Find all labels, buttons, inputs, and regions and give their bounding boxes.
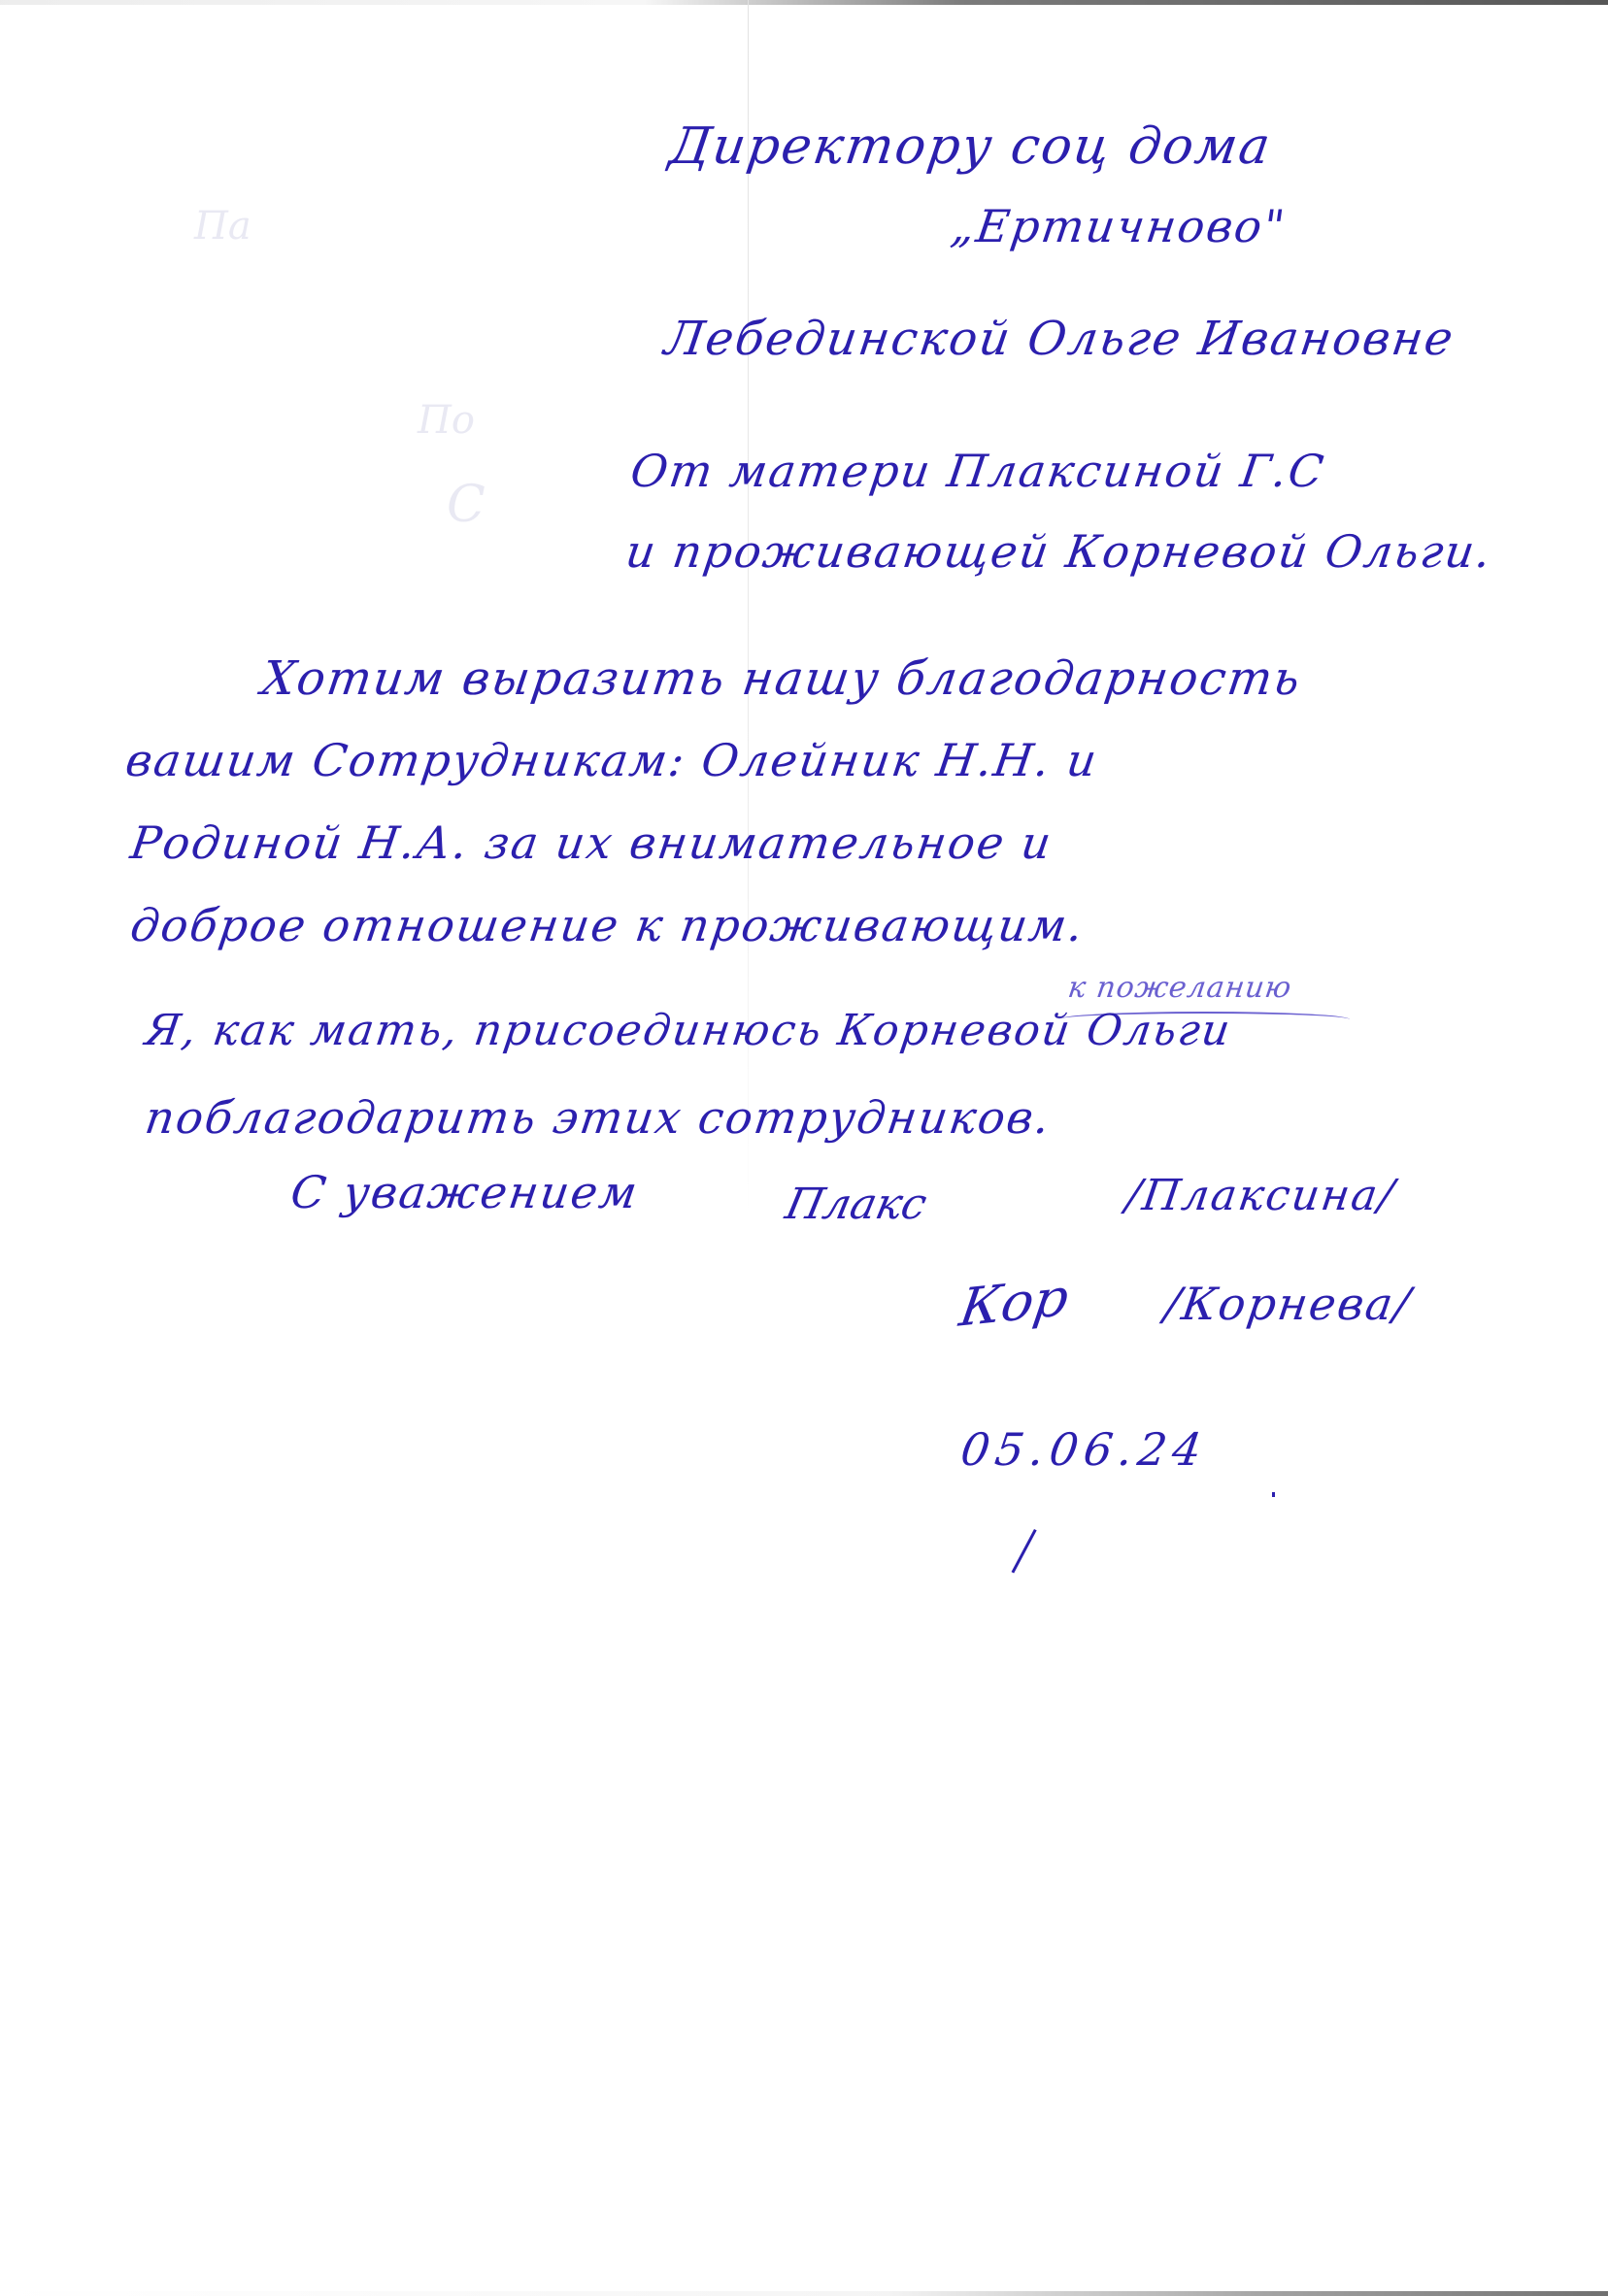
scan-edge-top	[0, 0, 1608, 5]
body-line-4: доброе отношение к проживающим.	[128, 903, 1088, 948]
body-line-2: вашим Сотрудникам: Олейник Н.Н. и	[123, 738, 1101, 782]
addressee-title: Директору соц дома	[666, 121, 1274, 172]
scan-edge-bottom	[0, 2291, 1608, 2296]
body-line-5: Я, как мать, присоединюсь Корневой Ольги	[143, 1010, 1234, 1052]
bleed-through-mark: Па	[194, 204, 251, 249]
body-line-6: поблагодарить этих сотрудников.	[143, 1095, 1055, 1140]
signature-name-korneva: /Корнева/	[1162, 1281, 1415, 1326]
closing-salutation: С уважением	[288, 1170, 642, 1215]
sender-line-1: От матери Плаксиной Г.С	[628, 449, 1328, 493]
stray-dot	[1272, 1492, 1275, 1497]
letter-date: 05.06.24	[958, 1427, 1210, 1472]
body-line-1: Хотим выразить нашу благодарность	[259, 655, 1305, 702]
bleed-through-mark: С	[447, 476, 486, 534]
signature-name-plaksina: /Плаксина/	[1123, 1175, 1398, 1217]
signature-korneva: Кор	[955, 1266, 1072, 1338]
stray-pen-mark	[1012, 1529, 1037, 1574]
letter-page: Па По С Директору соц дома „Ертичново" Л…	[0, 0, 1608, 2296]
sender-line-2: и проживающей Корневой Ольги.	[623, 529, 1495, 574]
addressee-name: Лебединской Ольге Ивановне	[662, 316, 1457, 362]
addressee-institution: „Ертичново"	[949, 204, 1290, 249]
signature-plaksina: Плакс	[782, 1180, 931, 1229]
body-insertion: к пожеланию	[1066, 974, 1293, 1003]
bleed-through-mark: По	[418, 398, 475, 443]
body-line-3: Родиной Н.А. за их внимательное и	[128, 820, 1055, 865]
